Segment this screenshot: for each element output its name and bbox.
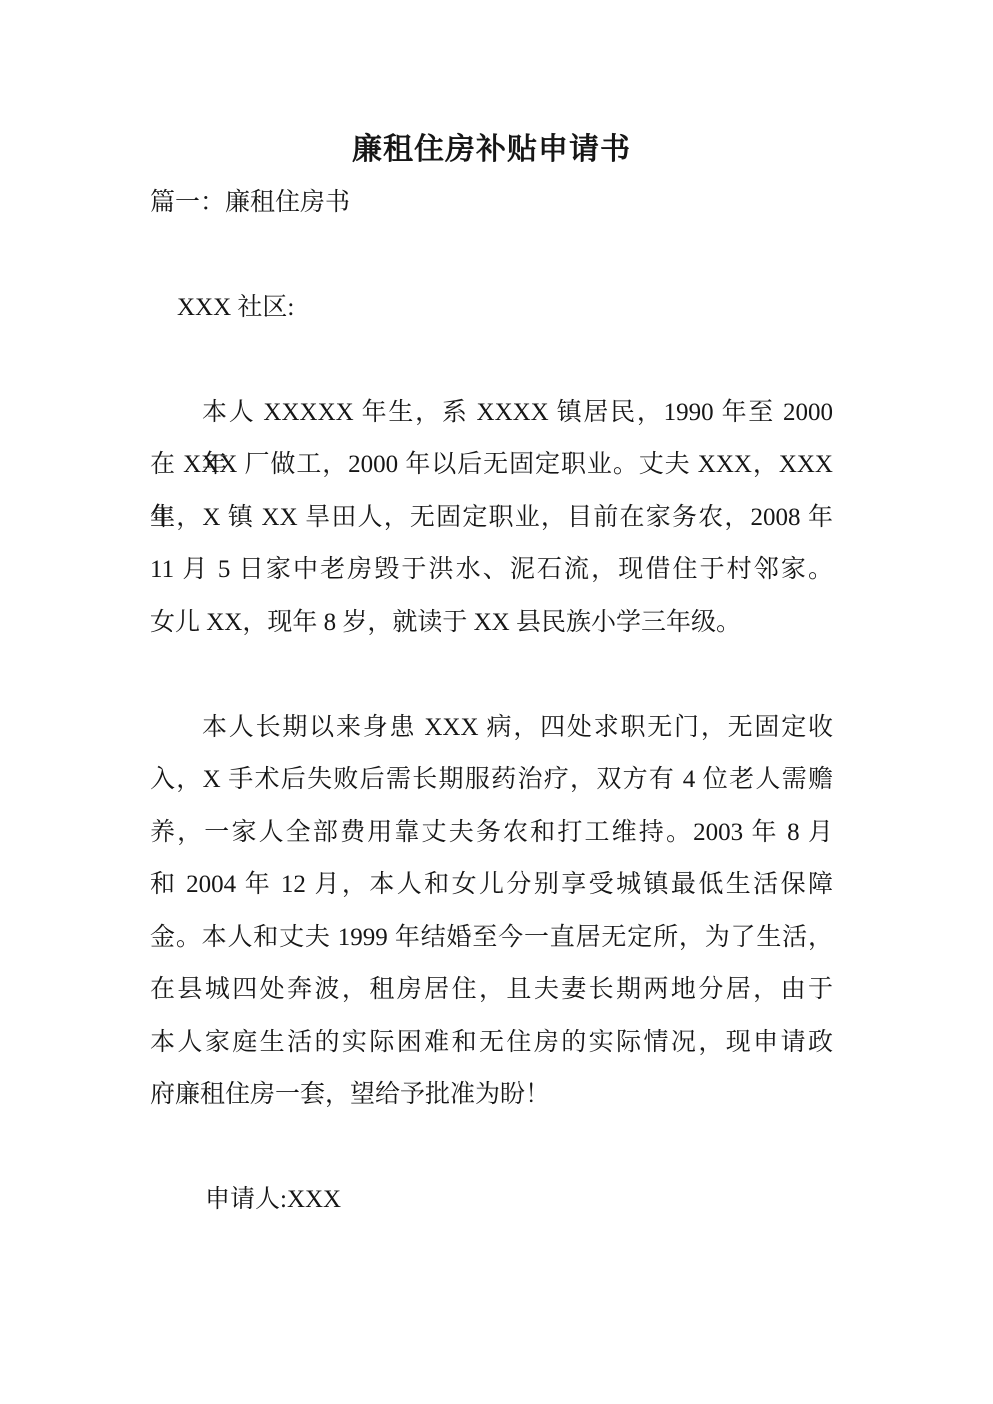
paragraph-line: 本人家庭生活的实际困难和无住房的实际情况，现申请政 [150,1017,833,1070]
signature-line: 申请人:XXX [150,1174,833,1227]
paragraph-line: 生，X 镇 XX 旱田人，无固定职业，目前在家务农，2008 年 [150,492,833,545]
paragraph-line: 和 2004 年 12 月，本人和女儿分别享受城镇最低生活保障 [150,859,833,912]
document-title: 廉租住房补贴申请书 [150,124,833,177]
section-label: 篇一：廉租住房书 [150,177,833,230]
paragraph-line: 在 XXX 厂做工，2000 年以后无固定职业。丈夫 XXX，XXX 年 [150,439,833,492]
paragraph-line: 本人 XXXXX 年生，系 XXXX 镇居民，1990 年至 2000 年 [150,387,833,440]
salutation: XXX 社区: [150,282,833,335]
paragraph-line: 入，X 手术后失败后需长期服药治疗，双方有 4 位老人需赡 [150,754,833,807]
paragraph-line: 11 月 5 日家中老房毁于洪水、泥石流，现借住于村邻家。 [150,544,833,597]
paragraph-line: 女儿 XX，现年 8 岁，就读于 XX 县民族小学三年级。 [150,597,833,650]
paragraph-line: 在县城四处奔波，租房居住，且夫妻长期两地分居，由于 [150,964,833,1017]
paragraph-line: 本人长期以来身患 XXX 病，四处求职无门，无固定收 [150,702,833,755]
blank-line [150,229,833,282]
blank-line [150,1122,833,1175]
paragraph-1: 本人 XXXXX 年生，系 XXXX 镇居民，1990 年至 2000 年 在 … [150,387,833,650]
paragraph-line: 府廉租住房一套，望给予批准为盼！ [150,1069,833,1122]
paragraph-line: 金。本人和丈夫 1999 年结婚至今一直居无定所，为了生活， [150,912,833,965]
paragraph-line: 养，一家人全部费用靠丈夫务农和打工维持。2003 年 8 月 [150,807,833,860]
paragraph-2: 本人长期以来身患 XXX 病，四处求职无门，无固定收 入，X 手术后失败后需长期… [150,702,833,1122]
document-page: 廉租住房补贴申请书 篇一：廉租住房书 XXX 社区: 本人 XXXXX 年生，系… [0,0,993,1404]
blank-line [150,649,833,702]
blank-line [150,334,833,387]
